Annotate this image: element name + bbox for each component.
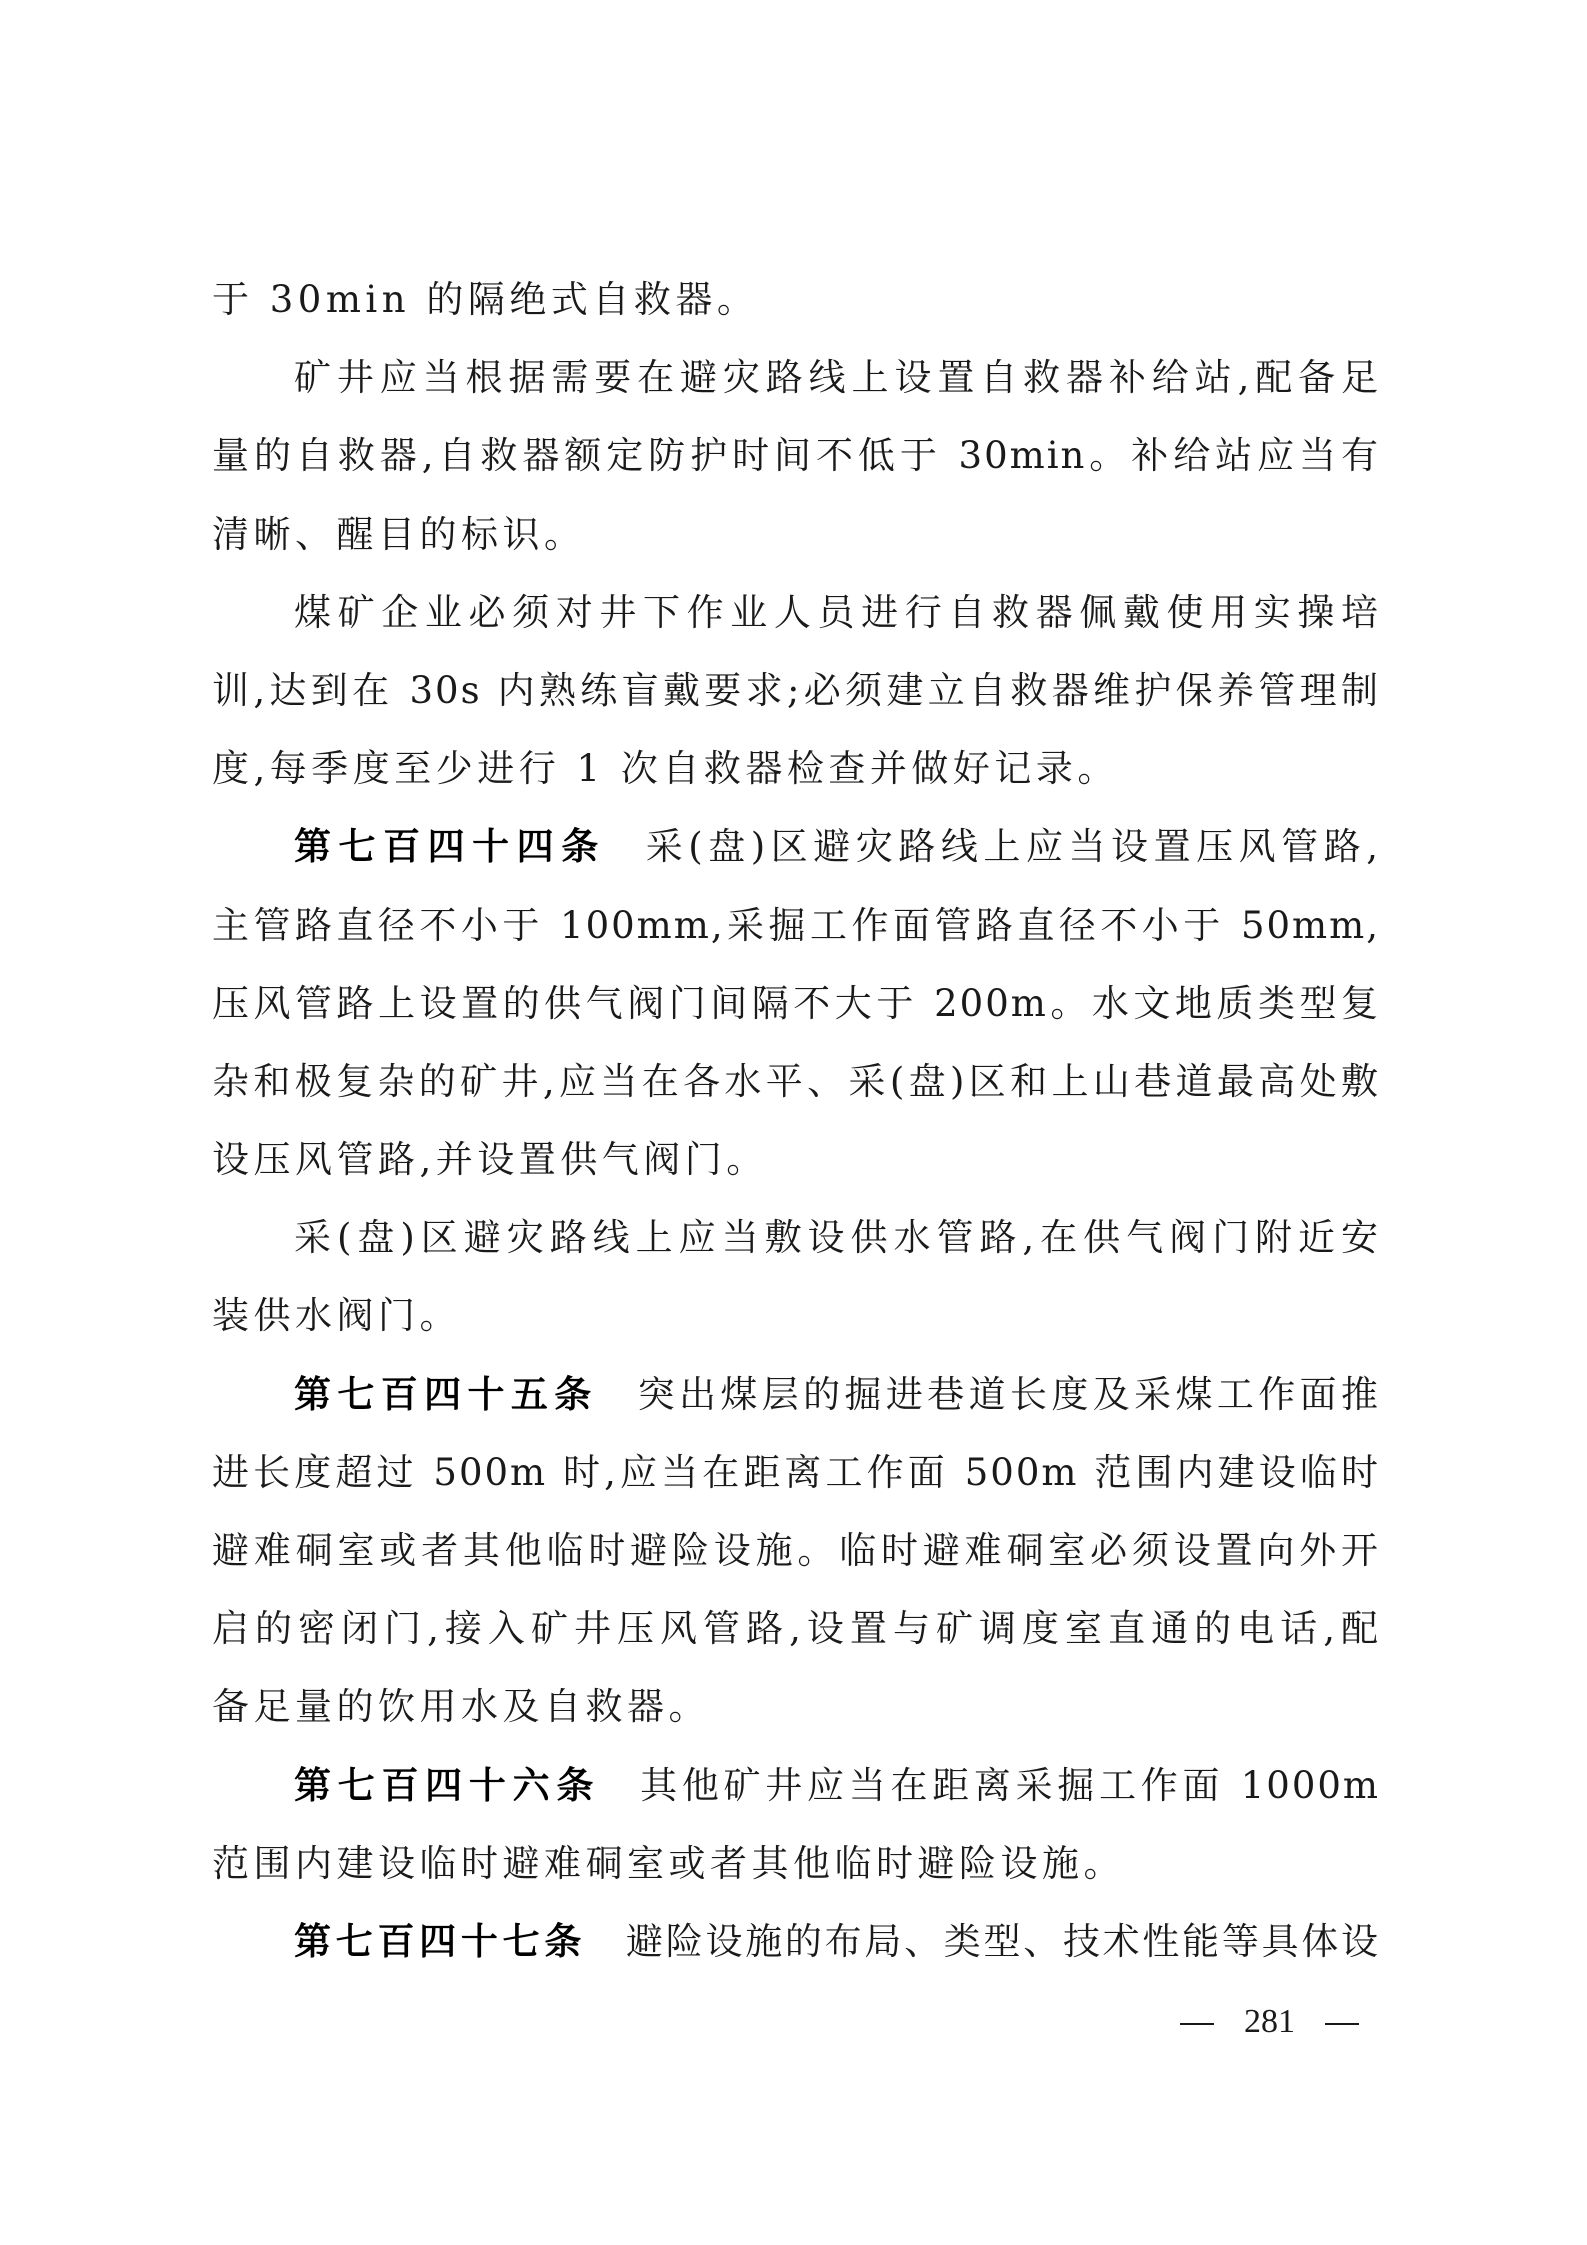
paragraph-line: 主管路直径不小于 100mm,采掘工作面管路直径不小于 50mm, [212, 887, 1380, 965]
paragraph-line: 范围内建设临时避难硐室或者其他临时避险设施。 [212, 1825, 1380, 1903]
article-744-title: 第七百四十四条 [294, 825, 606, 868]
paragraph-line: 清晰、醒目的标识。 [212, 496, 1380, 574]
article-747-title: 第七百四十七条 [294, 1920, 586, 1963]
paragraph-line: 启的密闭门,接入矿井压风管路,设置与矿调度室直通的电话,配 [212, 1590, 1380, 1668]
article-746-text: 其他矿井应当在距离采掘工作面 1000m [640, 1764, 1380, 1807]
paragraph-line: 训,达到在 30s 内熟练盲戴要求;必须建立自救器维护保养管理制 [212, 652, 1380, 730]
article-746-first-line: 第七百四十六条其他矿井应当在距离采掘工作面 1000m [212, 1747, 1380, 1825]
paragraph-line: 矿井应当根据需要在避灾路线上设置自救器补给站,配备足 [212, 339, 1380, 417]
document-page: 于 30min 的隔绝式自救器。 矿井应当根据需要在避灾路线上设置自救器补给站,… [0, 0, 1587, 2245]
right-dash [1325, 2023, 1359, 2025]
paragraph-line: 进长度超过 500m 时,应当在距离工作面 500m 范围内建设临时 [212, 1434, 1380, 1512]
article-744-text: 采(盘)区避灾路线上应当设置压风管路, [646, 825, 1380, 868]
left-dash [1180, 2023, 1214, 2025]
paragraph-line: 杂和极复杂的矿井,应当在各水平、采(盘)区和上山巷道最高处敷 [212, 1043, 1380, 1121]
article-747-text: 避险设施的布局、类型、技术性能等具体设 [626, 1920, 1380, 1963]
article-744-first-line: 第七百四十四条采(盘)区避灾路线上应当设置压风管路, [212, 808, 1380, 886]
paragraph-line: 压风管路上设置的供气阀门间隔不大于 200m。水文地质类型复 [212, 965, 1380, 1043]
paragraph-line: 度,每季度至少进行 1 次自救器检查并做好记录。 [212, 730, 1380, 808]
article-746-title: 第七百四十六条 [294, 1764, 600, 1807]
paragraph-line: 量的自救器,自救器额定防护时间不低于 30min。补给站应当有 [212, 417, 1380, 495]
paragraph-line: 设压风管路,并设置供气阀门。 [212, 1121, 1380, 1199]
body-text: 于 30min 的隔绝式自救器。 矿井应当根据需要在避灾路线上设置自救器补给站,… [212, 261, 1380, 1981]
paragraph-line: 于 30min 的隔绝式自救器。 [212, 261, 1380, 339]
paragraph-line: 备足量的饮用水及自救器。 [212, 1668, 1380, 1746]
page-number-value: 281 [1244, 2003, 1295, 2040]
paragraph-line: 装供水阀门。 [212, 1277, 1380, 1355]
paragraph-line: 采(盘)区避灾路线上应当敷设供水管路,在供气阀门附近安 [212, 1199, 1380, 1277]
article-745-text: 突出煤层的掘进巷道长度及采煤工作面推 [638, 1373, 1380, 1416]
paragraph-line: 煤矿企业必须对井下作业人员进行自救器佩戴使用实操培 [212, 574, 1380, 652]
article-745-first-line: 第七百四十五条突出煤层的掘进巷道长度及采煤工作面推 [212, 1356, 1380, 1434]
paragraph-line: 避难硐室或者其他临时避险设施。临时避难硐室必须设置向外开 [212, 1512, 1380, 1590]
page-number: 281 [1150, 1998, 1350, 2046]
article-747-first-line: 第七百四十七条避险设施的布局、类型、技术性能等具体设 [212, 1903, 1380, 1981]
article-745-title: 第七百四十五条 [294, 1373, 598, 1416]
